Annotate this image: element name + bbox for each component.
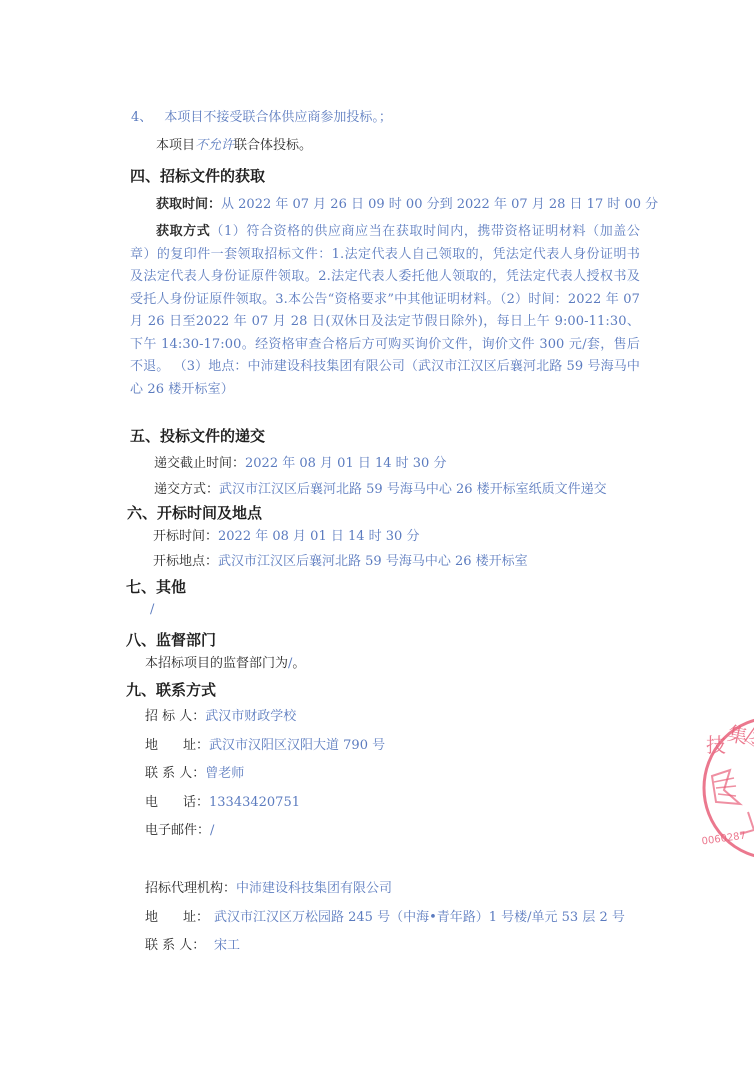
tenderer-name-value: 武汉市财政学校 [205,709,296,724]
acquire-time: 获取时间：从 2022 年 07 月 26 日 09 时 00 分到 2022 … [156,196,658,214]
supervision-prefix: 本招标项目的监督部门为 [145,656,288,671]
tenderer-phone-value: 13343420751 [209,795,300,810]
agency-name: 招标代理机构：中沛建设科技集团有限公司 [145,880,392,898]
acquire-method: 获取方式（1）符合资格的供应商应当在获取时间内，携带资格证明材料（加盖公章）的复… [130,221,640,401]
seal-icon: 技 集 团 0060287 [700,712,754,864]
section-4-heading: 四、招标文件的获取 [130,165,265,186]
tenderer-phone-label-2: 话： [183,794,209,812]
agency-address-label-1: 地 [145,909,183,927]
tenderer-email-label: 电子邮件： [145,822,210,840]
consortium-suffix: 联合体投标。 [234,138,312,153]
other-content: / [150,601,154,619]
tenderer-name-label: 招 标 人： [145,708,205,726]
tenderer-address: 地址：武汉市汉阳区汉阳大道 790 号 [145,737,385,755]
tenderer-address-label-2: 址： [183,737,209,755]
company-seal: 技 集 团 0060287 [700,712,754,864]
tenderer-phone-label-1: 电 [145,794,183,812]
acquire-method-label: 获取方式 [130,224,210,239]
item-4: 4、 本项目不接受联合体供应商参加投标。； [131,109,392,127]
section-9-heading: 九、联系方式 [126,679,216,700]
supervision-suffix: 。 [292,656,305,671]
item-4-number: 4、 [131,110,152,125]
agency-address-value: 武汉市江汉区万松园路 245 号（中海•青年路）1 号楼/单元 53 层 2 号 [214,910,625,925]
acquire-time-label: 获取时间： [156,197,221,212]
agency-name-value: 中沛建设科技集团有限公司 [236,881,392,896]
section-8-heading: 八、监督部门 [126,629,216,650]
tenderer-email-value: / [210,823,214,838]
opening-place: 开标地点：武汉市江汉区后襄河北路 59 号海马中心 26 楼开标室 [153,553,528,571]
submit-deadline-label: 递交截止时间： [154,456,245,471]
tenderer-address-label-1: 地 [145,737,183,755]
opening-place-value: 武汉市江汉区后襄河北路 59 号海马中心 26 楼开标室 [218,554,528,569]
opening-place-label: 开标地点： [153,554,218,569]
consortium-value: 不允许 [195,138,234,153]
submit-method: 递交方式：武汉市江汉区后襄河北路 59 号海马中心 26 楼开标室纸质文件递交 [154,481,607,499]
submit-deadline: 递交截止时间：2022 年 08 月 01 日 14 时 30 分 [154,455,446,473]
tenderer-name: 招 标 人：武汉市财政学校 [145,708,296,726]
tenderer-contact-value: 曾老师 [205,766,244,781]
opening-time: 开标时间：2022 年 08 月 01 日 14 时 30 分 [153,528,419,546]
agency-name-label: 招标代理机构： [145,880,236,898]
tenderer-phone: 电话：13343420751 [145,794,300,812]
document-page: 4、 本项目不接受联合体供应商参加投标。； 本项目不允许联合体投标。 四、招标文… [0,0,754,1068]
section-6-heading: 六、开标时间及地点 [127,502,262,523]
svg-text:0060287: 0060287 [701,830,747,847]
submit-method-label: 递交方式： [154,482,219,497]
section-5-heading: 五、投标文件的递交 [130,425,265,446]
tenderer-email: 电子邮件：/ [145,822,214,840]
acquire-method-text: （1）符合资格的供应商应当在获取时间内，携带资格证明材料（加盖公章）的复印件一套… [130,224,640,397]
opening-time-label: 开标时间： [153,529,218,544]
agency-contact-label: 联 系 人： [145,937,214,955]
agency-address: 地址：武汉市江汉区万松园路 245 号（中海•青年路）1 号楼/单元 53 层 … [145,909,625,927]
agency-contact-value: 宋工 [214,938,240,953]
supervision-text: 本招标项目的监督部门为/。 [145,655,305,673]
svg-text:技: 技 [706,733,726,757]
opening-time-value: 2022 年 08 月 01 日 14 时 30 分 [218,529,419,544]
acquire-time-value: 从 2022 年 07 月 26 日 09 时 00 分到 2022 年 07 … [221,197,658,212]
tenderer-address-value: 武汉市汉阳区汉阳大道 790 号 [209,738,385,753]
tenderer-contact-label: 联 系 人： [145,765,205,783]
submit-deadline-value: 2022 年 08 月 01 日 14 时 30 分 [245,456,446,471]
submit-method-value: 武汉市江汉区后襄河北路 59 号海马中心 26 楼开标室纸质文件递交 [219,482,607,497]
agency-address-label-2: 址： [183,909,214,927]
item-4-text: 本项目不接受联合体供应商参加投标。； [164,110,392,125]
tenderer-contact: 联 系 人：曾老师 [145,765,244,783]
agency-contact: 联 系 人：宋工 [145,937,240,955]
consortium-prefix: 本项目 [156,138,195,153]
section-7-heading: 七、其他 [126,576,186,597]
consortium-statement: 本项目不允许联合体投标。 [156,137,312,155]
